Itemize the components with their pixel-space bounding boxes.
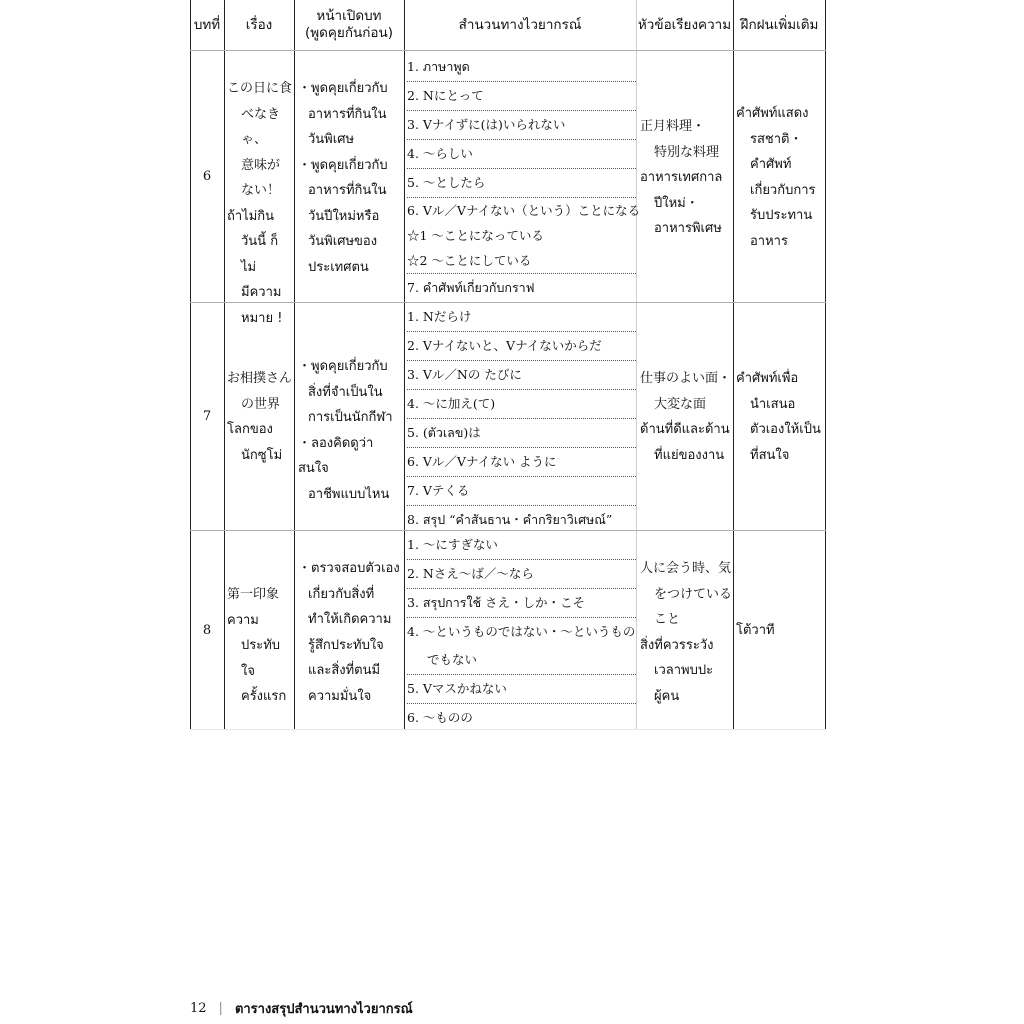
grammar-item: 8. สรุป “คำสันธาน・คำกริยาวิเศษณ์” <box>407 506 636 534</box>
grammar-item: 5. ～としたら <box>407 169 636 198</box>
title-line: นักซูโม่ <box>227 443 293 469</box>
essay-line: ที่แย่ของงาน <box>640 443 732 469</box>
opening-line: วันปีใหม่หรือ <box>298 204 404 230</box>
grammar-item: 6. Vル／Vナイない（という）ことになる <box>407 198 636 223</box>
grammar-item: 2. Nさえ～ば／～なら <box>407 560 636 589</box>
chapter-title: この日に食 べなきゃ、 意味が ない！ ถ้าไม่กิน วันนี้ ก็ไ… <box>227 76 293 331</box>
essay-line: อาหารพิเศษ <box>640 216 732 242</box>
essay-line: こと <box>640 607 732 633</box>
practice-line: ที่สนใจ <box>736 443 826 469</box>
practice-line: เกี่ยวกับการ <box>736 178 826 204</box>
opening-line: วันพิเศษของ <box>298 229 404 255</box>
footer-separator: | <box>219 1001 223 1016</box>
essay-line: をつけている <box>640 582 732 608</box>
essay-line: เวลาพบปะ <box>640 658 732 684</box>
grammar-item: 3. Vル／Nの たびに <box>407 361 636 390</box>
grammar-list: 1. ภาษาพูด 2. Nにとって 3. Vナイずに(は)いられない 4. … <box>405 53 636 302</box>
chapter-number: 6 <box>190 50 224 302</box>
header-opening: หน้าเปิดบท (พูดคุยกันก่อน) <box>294 0 404 50</box>
header-title: เรื่อง <box>224 0 294 50</box>
practice-line: คำศัพท์แสดง <box>736 101 826 127</box>
essay-line: สิ่งที่ควรระวัง <box>640 633 732 659</box>
opening-line: อาหารที่กินใน <box>298 178 404 204</box>
grammar-list: 1. ～にすぎない 2. Nさえ～ば／～なら 3. สรุปการใช้ さえ・… <box>405 531 636 732</box>
grammar-item: 4. ～に加え(て) <box>407 390 636 419</box>
opening-line: ประเทศตน <box>298 255 404 281</box>
title-line: この日に食 <box>227 76 293 102</box>
grammar-item: 5. Vマスかねない <box>407 675 636 704</box>
essay-line: 仕事のよい面・ <box>640 366 732 392</box>
grammar-item: 3. สรุปการใช้ さえ・しか・こそ <box>407 589 636 618</box>
practice-line: รับประทาน <box>736 203 826 229</box>
essay-line: ผู้คน <box>640 684 732 710</box>
practice-line: โต้วาที <box>736 618 826 644</box>
chapter-title: 第一印象 ความ ประทับใจ ครั้งแรก <box>227 582 293 710</box>
chapter-title: お相撲さん の世界 โลกของ นักซูโม่ <box>227 366 293 468</box>
chapter-number: 8 <box>190 530 224 730</box>
grammar-item: 2. Vナイないと、Vナイないからだ <box>407 332 636 361</box>
header-chapter: บทที่ <box>190 0 224 50</box>
title-line: 第一印象 <box>227 582 293 608</box>
title-line: の世界 <box>227 392 293 418</box>
grammar-item: 6. ～ものの <box>407 704 636 732</box>
title-line: ประทับใจ <box>227 633 293 684</box>
header-grammar: สำนวนทางไวยากรณ์ <box>404 0 636 50</box>
header-opening-line1: หน้าเปิดบท <box>316 8 381 25</box>
opening-line: ・พูดคุยเกี่ยวกับ <box>298 153 404 179</box>
extra-practice: โต้วาที <box>736 618 826 644</box>
title-line: ครั้งแรก <box>227 684 293 710</box>
row-divider <box>190 50 826 51</box>
header-opening-line2: (พูดคุยกันก่อน) <box>305 25 393 42</box>
practice-line: รสชาติ・ <box>736 127 826 153</box>
title-line: ない！ <box>227 178 293 204</box>
column-divider <box>636 0 637 730</box>
opening-line: ความมั่นใจ <box>298 684 404 710</box>
footer-title: ตารางสรุปสำนวนทางไวยากรณ์ <box>235 998 413 1019</box>
practice-line: นำเสนอ <box>736 392 826 418</box>
essay-line: 人に会う時、気 <box>640 556 732 582</box>
opening-line: ・ตรวจสอบตัวเอง <box>298 556 404 582</box>
grammar-item: 7. คำศัพท์เกี่ยวกับกราฟ <box>407 274 636 302</box>
page-footer: 12 | ตารางสรุปสำนวนทางไวยากรณ์ <box>190 998 413 1019</box>
grammar-item: 2. Nにとって <box>407 82 636 111</box>
title-line: หมาย ! <box>227 306 293 332</box>
opening-line: อาหารที่กินใน <box>298 102 404 128</box>
practice-line: อาหาร <box>736 229 826 255</box>
grammar-item: 7. Vテくる <box>407 477 636 506</box>
grammar-list: 1. Nだらけ 2. Vナイないと、Vナイないからだ 3. Vル／Nの たびに … <box>405 303 636 534</box>
essay-line: ปีใหม่・ <box>640 191 732 217</box>
title-line: ความ <box>227 608 293 634</box>
opening-line: และสิ่งที่ตนมี <box>298 658 404 684</box>
opening-line: ・ลองคิดดูว่าสนใจ <box>298 431 404 482</box>
opening-discussion: ・ตรวจสอบตัวเอง เกี่ยวกับสิ่งที่ ทำให้เกิ… <box>298 556 404 709</box>
column-divider <box>733 0 734 730</box>
header-practice: ฝึกฝนเพิ่มเติม <box>733 0 826 50</box>
title-line: ถ้าไม่กิน <box>227 204 293 230</box>
opening-line: วันพิเศษ <box>298 127 404 153</box>
extra-practice: คำศัพท์แสดง รสชาติ・ คำศัพท์ เกี่ยวกับการ… <box>736 101 826 254</box>
title-line: 意味が <box>227 153 293 179</box>
grammar-item-continued: でもない <box>407 646 636 675</box>
grammar-subitem: ☆1 ～ことになっている <box>407 223 636 248</box>
header-essay: หัวข้อเรียงความ <box>636 0 733 50</box>
extra-practice: คำศัพท์เพื่อ นำเสนอ ตัวเองให้เป็น ที่สนใ… <box>736 366 826 468</box>
page-number: 12 <box>190 1001 207 1016</box>
title-line: べなきゃ、 <box>227 102 293 153</box>
opening-line: ทำให้เกิดความ <box>298 607 404 633</box>
chapter-number: 7 <box>190 302 224 530</box>
opening-line: อาชีพแบบไหน <box>298 482 404 508</box>
essay-line: 大変な面 <box>640 392 732 418</box>
essay-topic: 正月料理・ 特別な料理 อาหารเทศกาล ปีใหม่・ อาหารพิเ… <box>640 114 732 242</box>
essay-line: 特別な料理 <box>640 140 732 166</box>
opening-line: สิ่งที่จำเป็นใน <box>298 380 404 406</box>
essay-topic: 仕事のよい面・ 大変な面 ด้านที่ดีและด้าน ที่แย่ของง… <box>640 366 732 468</box>
essay-line: อาหารเทศกาล <box>640 165 732 191</box>
title-line: มีความ <box>227 280 293 306</box>
opening-line: เกี่ยวกับสิ่งที่ <box>298 582 404 608</box>
grammar-item: 1. ภาษาพูด <box>407 53 636 82</box>
practice-line: คำศัพท์เพื่อ <box>736 366 826 392</box>
opening-line: ・พูดคุยเกี่ยวกับ <box>298 354 404 380</box>
practice-line: ตัวเองให้เป็น <box>736 417 826 443</box>
practice-line: คำศัพท์ <box>736 152 826 178</box>
essay-topic: 人に会う時、気 をつけている こと สิ่งที่ควรระวัง เวลาพบ… <box>640 556 732 709</box>
column-divider <box>224 0 225 730</box>
title-line: วันนี้ ก็ไม่ <box>227 229 293 280</box>
grammar-item: 3. Vナイずに(は)いられない <box>407 111 636 140</box>
essay-line: 正月料理・ <box>640 114 732 140</box>
column-divider <box>294 0 295 730</box>
grammar-item: 1. Nだらけ <box>407 303 636 332</box>
opening-discussion: ・พูดคุยเกี่ยวกับ อาหารที่กินใน วันพิเศษ … <box>298 76 404 280</box>
title-line: โลกของ <box>227 417 293 443</box>
opening-discussion: ・พูดคุยเกี่ยวกับ สิ่งที่จำเป็นใน การเป็น… <box>298 354 404 507</box>
grammar-subitem: ☆2 ～ことにしている <box>407 248 636 274</box>
grammar-item: 6. Vル／Vナイない ように <box>407 448 636 477</box>
grammar-item: 4. ～らしい <box>407 140 636 169</box>
essay-line: ด้านที่ดีและด้าน <box>640 417 732 443</box>
title-line: お相撲さん <box>227 366 293 392</box>
grammar-item: 5. (ตัวเลข)は <box>407 419 636 448</box>
opening-line: ・พูดคุยเกี่ยวกับ <box>298 76 404 102</box>
grammar-item: 4. ～というものではない・～というもの <box>407 618 636 646</box>
opening-line: รู้สึกประทับใจ <box>298 633 404 659</box>
opening-line: การเป็นนักกีฬา <box>298 405 404 431</box>
grammar-item: 1. ～にすぎない <box>407 531 636 560</box>
